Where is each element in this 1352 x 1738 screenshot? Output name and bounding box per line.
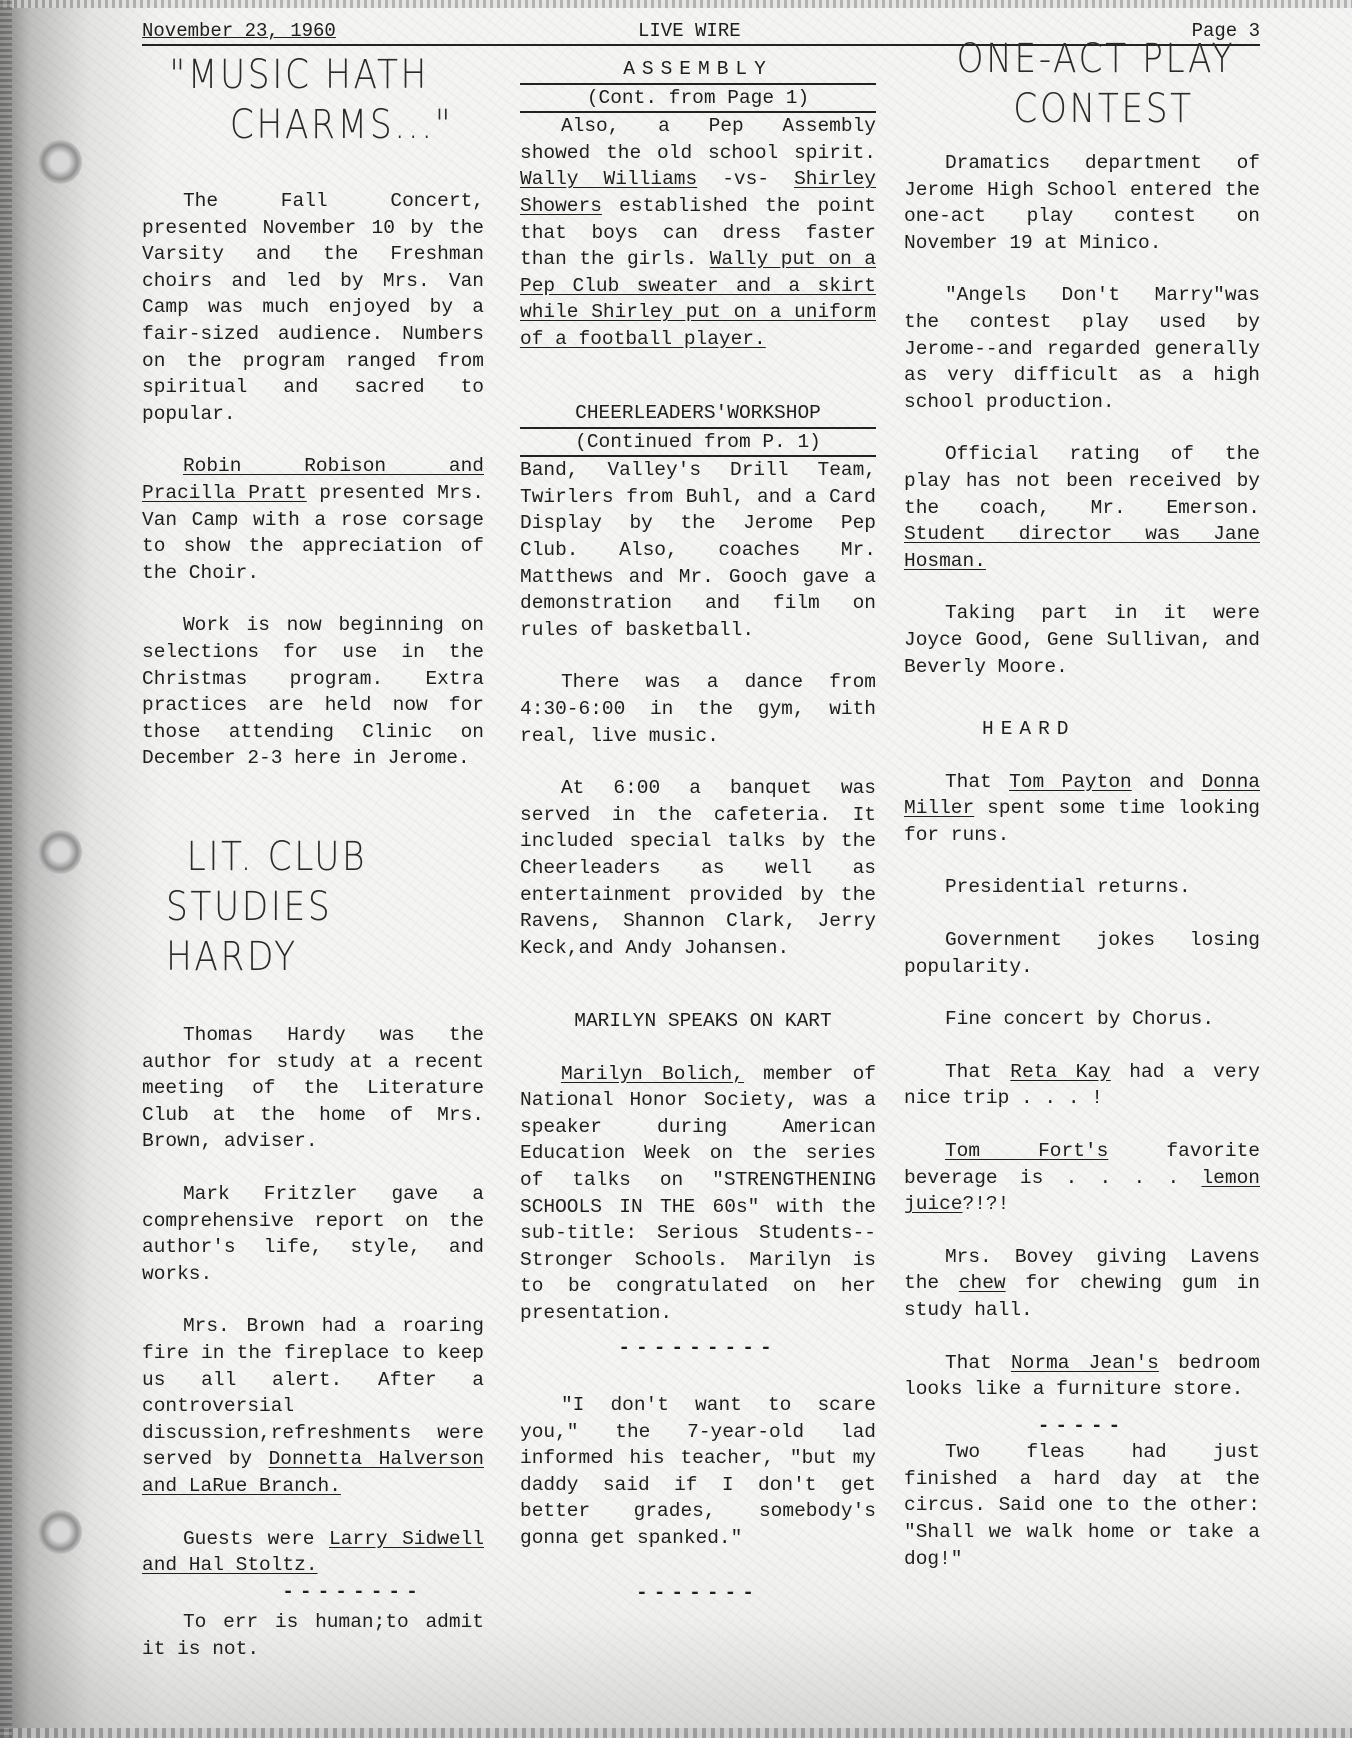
heard-text: Fine concert by Chorus. <box>945 1008 1214 1030</box>
heard-text: ?!?! <box>963 1193 1010 1215</box>
play-paragraph-1: Dramatics department of Jerome High Scho… <box>904 150 1260 256</box>
play-paragraph-2: "Angels Don't Marry"was the contest play… <box>904 282 1260 415</box>
article-heard: HEARD That Tom Payton and Donna Miller s… <box>904 716 1260 1572</box>
article-marilyn: MARILYN SPEAKS ON KART Marilyn Bolich, m… <box>520 1008 876 1361</box>
heard-item: That Norma Jean's bedroom looks like a f… <box>904 1350 1260 1403</box>
punch-hole-icon <box>38 1510 82 1554</box>
article-cheerleaders: CHEERLEADERS'WORKSHOP (Continued from P.… <box>520 400 876 961</box>
punch-hole-icon <box>38 830 82 874</box>
heard-item: Tom Fort's favorite beverage is . . . . … <box>904 1138 1260 1218</box>
cheer-paragraph-2: There was a dance from 4:30-6:00 in the … <box>520 669 876 749</box>
heard-underlined-text: chew <box>959 1272 1006 1294</box>
headline-lit-line2: STUDIES HARDY <box>166 882 460 982</box>
cheer-continued: (Continued from P. 1) <box>520 429 876 458</box>
lit-paragraph-1: Thomas Hardy was the author for study at… <box>142 1022 484 1155</box>
play-director-underlined: Student director was Jane Hosman. <box>904 523 1260 572</box>
headline-play-line1: ONE-ACT PLAY <box>929 34 1235 84</box>
headline-music-line1: "MUSIC HATH <box>166 50 460 100</box>
marilyn-text: member of National Honor Society, was a … <box>520 1063 876 1324</box>
assembly-title: ASSEMBLY <box>520 56 876 85</box>
scan-edge-top <box>0 0 1352 8</box>
assembly-continued: (Cont. from Page 1) <box>520 85 876 114</box>
divider-dashes: --------- <box>520 1335 876 1362</box>
music-paragraph-1: The Fall Concert, presented November 10 … <box>142 188 484 427</box>
divider-dashes: ----- <box>904 1413 1260 1440</box>
music-paragraph-2: Robin Robison and Pracilla Pratt present… <box>142 453 484 586</box>
divider-dashes: ------- <box>520 1580 876 1607</box>
heard-item: That Reta Kay had a very nice trip . . .… <box>904 1059 1260 1112</box>
marilyn-title: MARILYN SPEAKS ON KART <box>520 1008 876 1035</box>
scan-edge-left <box>0 0 12 1738</box>
heard-text: and <box>1132 771 1202 793</box>
article-lit-club: LIT. CLUB STUDIES HARDY Thomas Hardy was… <box>142 832 484 1662</box>
cheer-paragraph-3: At 6:00 a banquet was served in the cafe… <box>520 775 876 961</box>
headline-music-line2: CHARMS..." <box>166 100 460 150</box>
heard-item: That Tom Payton and Donna Miller spent s… <box>904 769 1260 849</box>
heard-text: Government jokes losing popularity. <box>904 929 1260 978</box>
cheer-title: CHEERLEADERS'WORKSHOP <box>520 400 876 429</box>
masthead: LIVE WIRE <box>638 20 741 42</box>
heard-text: That <box>945 1352 1011 1374</box>
heard-underlined-text: Tom Payton <box>1009 771 1132 793</box>
music-paragraph-3: Work is now beginning on selections for … <box>142 612 484 772</box>
heard-title: HEARD <box>904 716 1260 743</box>
joke-paragraph: "I don't want to scare you," the 7-year-… <box>520 1392 876 1552</box>
assembly-paragraph: Also, a Pep Assembly showed the old scho… <box>520 113 876 352</box>
play-paragraph-3-text: Official rating of the play has not been… <box>904 443 1260 518</box>
fleas-joke: Two fleas had just finished a hard day a… <box>904 1439 1260 1572</box>
marilyn-paragraph: Marilyn Bolich, member of National Honor… <box>520 1061 876 1327</box>
lit-paragraph-4: Guests were Larry Sidwell and Hal Stoltz… <box>142 1526 484 1579</box>
lit-paragraph-2: Mark Fritzler gave a comprehensive repor… <box>142 1181 484 1287</box>
heard-text: That <box>945 771 1009 793</box>
assembly-name-wally: Wally Williams <box>520 168 697 190</box>
heard-items: That Tom Payton and Donna Miller spent s… <box>904 769 1260 1403</box>
lit-paragraph-3: Mrs. Brown had a roaring fire in the fir… <box>142 1313 484 1499</box>
lit-paragraph-4-text: Guests were <box>183 1528 329 1550</box>
article-assembly: ASSEMBLY (Cont. from Page 1) Also, a Pep… <box>520 56 876 353</box>
divider-dashes: -------- <box>142 1579 484 1606</box>
heard-underlined-text: Reta Kay <box>1010 1061 1110 1083</box>
scan-edge-bottom <box>0 1728 1352 1738</box>
heard-underlined-text: Norma Jean's <box>1011 1352 1159 1374</box>
issue-date: November 23, 1960 <box>142 20 336 42</box>
assembly-text: Also, a Pep Assembly showed the old scho… <box>520 115 876 164</box>
assembly-vs: -vs- <box>697 168 794 190</box>
headline-play-line2: CONTEST <box>929 84 1235 134</box>
article-joke: "I don't want to scare you," the 7-year-… <box>520 1392 876 1606</box>
heard-item: Fine concert by Chorus. <box>904 1006 1260 1033</box>
heard-item: Mrs. Bovey giving Lavens the chew for ch… <box>904 1244 1260 1324</box>
headline-lit-line1: LIT. CLUB <box>166 832 460 882</box>
heard-text: That <box>945 1061 1010 1083</box>
play-paragraph-3: Official rating of the play has not been… <box>904 441 1260 574</box>
heard-item: Government jokes losing popularity. <box>904 927 1260 980</box>
article-one-act-play: ONE-ACT PLAY CONTEST Dramatics departmen… <box>904 34 1260 680</box>
filler-quote: To err is human;to admit it is not. <box>142 1609 484 1662</box>
play-paragraph-4: Taking part in it were Joyce Good, Gene … <box>904 600 1260 680</box>
heard-item: Presidential returns. <box>904 874 1260 901</box>
heard-underlined-text: Tom Fort's <box>945 1140 1108 1162</box>
article-music: "MUSIC HATH CHARMS..." The Fall Concert,… <box>142 50 484 772</box>
heard-text: Presidential returns. <box>945 876 1191 898</box>
cheer-paragraph-1: Band, Valley's Drill Team, Twirlers from… <box>520 457 876 643</box>
marilyn-name-underlined: Marilyn Bolich, <box>561 1063 744 1085</box>
punch-hole-icon <box>38 140 82 184</box>
